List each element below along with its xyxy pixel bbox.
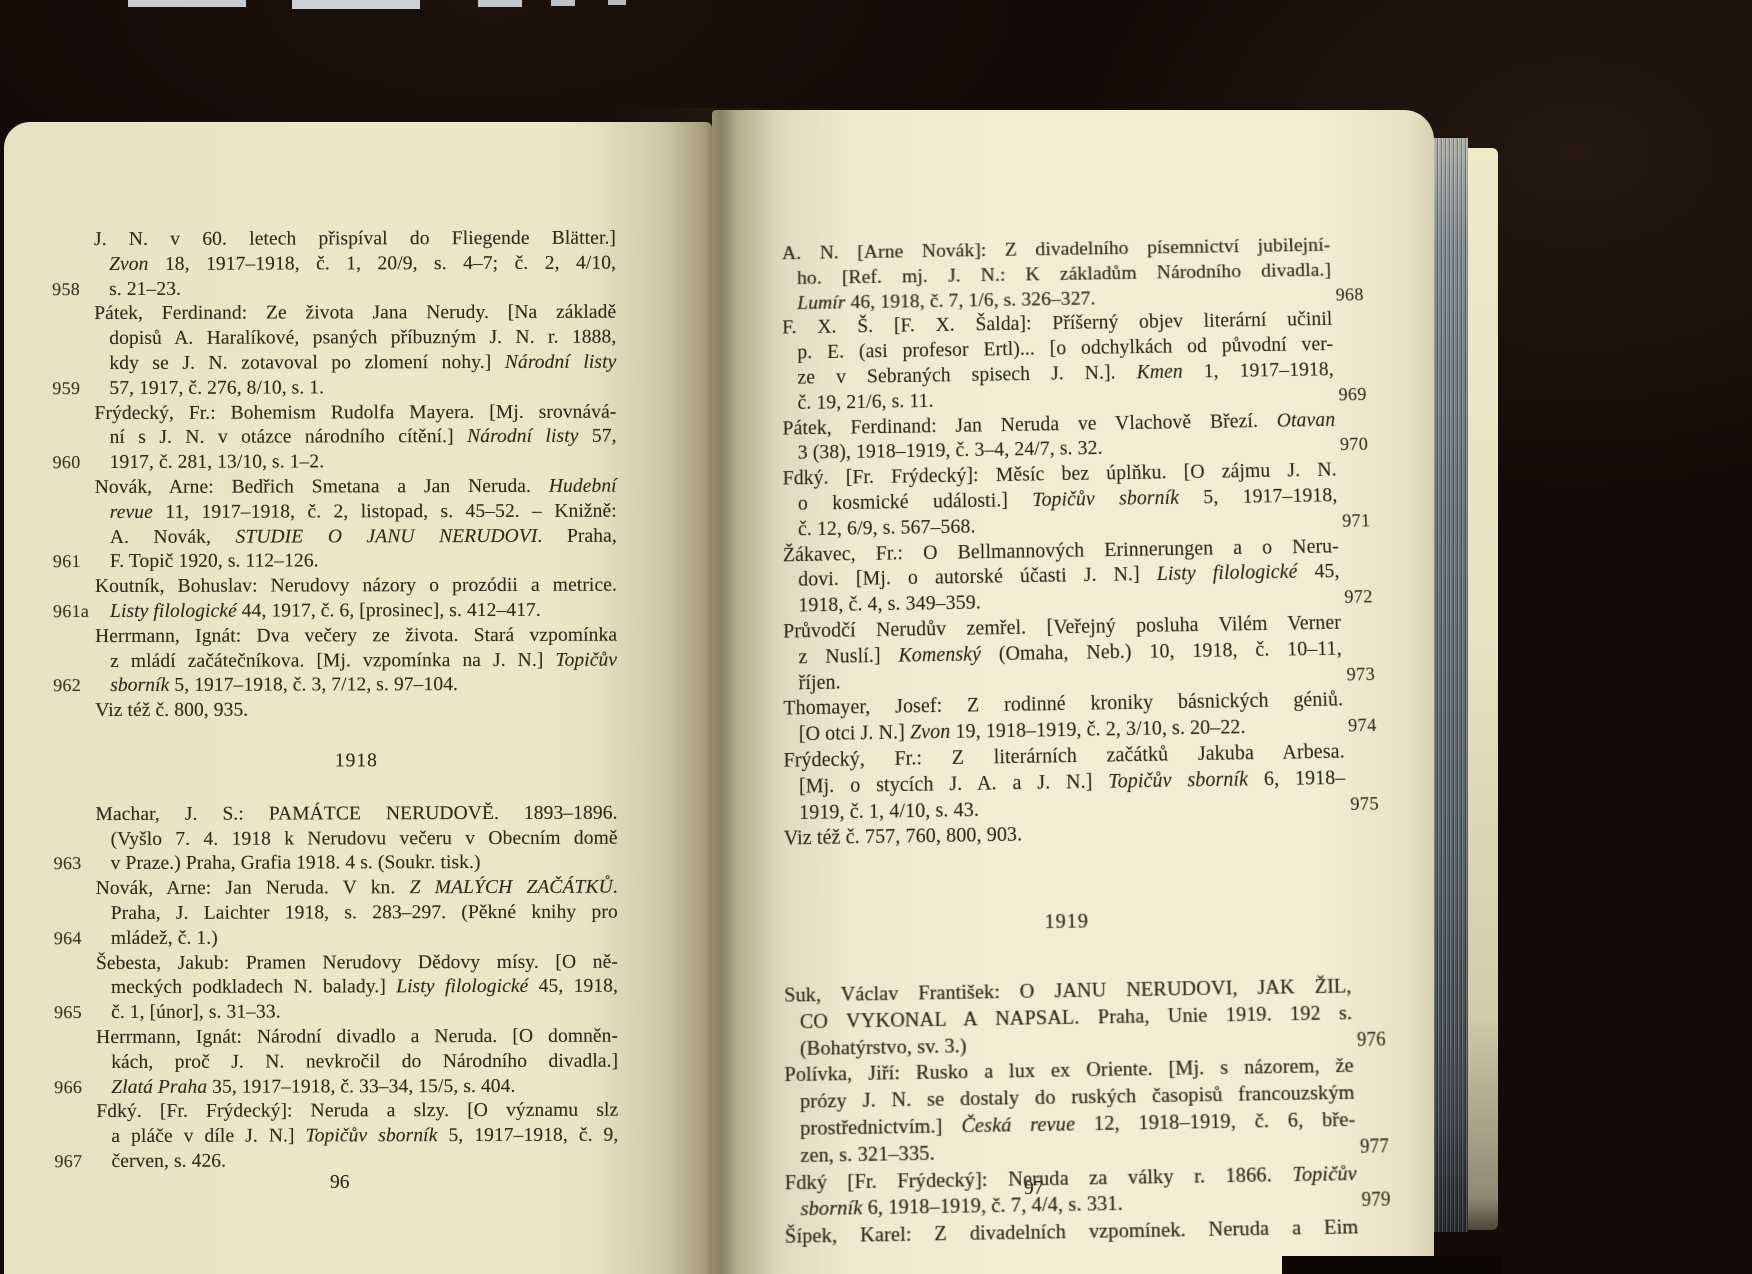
entry-number: 966 bbox=[54, 1075, 94, 1100]
back-cover-edge bbox=[1468, 148, 1498, 1230]
entry-number: 958 bbox=[52, 277, 92, 302]
bibliography-entry: 971Fdký. [Fr. Frýdecký]: Měsíc bez úplňk… bbox=[783, 459, 1339, 544]
entry-number: 963 bbox=[54, 851, 94, 876]
bibliography-entry: 968A. N. [Arne Novák]: Z divadelního pís… bbox=[782, 234, 1332, 317]
entry-line: F. Topič 1920, s. 112–126. bbox=[110, 549, 617, 575]
book-scan: 958J. N. v 60. letech přispíval do Flieg… bbox=[0, 0, 1752, 1274]
entry-line: Fdký. [Fr. Frýdecký]: Neruda a slzy. [O … bbox=[96, 1099, 618, 1125]
bibliography-entry: 963Machar, J. S.: PAMÁTCE NERUDOVĚ. 1893… bbox=[96, 801, 618, 877]
scan-artifact bbox=[478, 0, 522, 7]
entry-line: Frýdecký, Fr.: Bohemism Rudolfa Mayera. … bbox=[94, 400, 616, 426]
entry-number: 961a bbox=[53, 599, 93, 624]
entry-line: ní s J. N. v otázce národního cítění.] N… bbox=[110, 425, 617, 451]
entry-number: 970 bbox=[1340, 431, 1397, 457]
bibliography-entry: 973Průvodčí Nerudův zemřel. [Veřejný pos… bbox=[783, 611, 1343, 697]
entry-number: 960 bbox=[53, 450, 93, 475]
entry-line: Novák, Arne: Jan Neruda. V kn. Z MALÝCH … bbox=[96, 876, 618, 902]
entry-number: 979 bbox=[1361, 1186, 1420, 1214]
bibliography-entry: 960Frýdecký, Fr.: Bohemism Rudolfa Mayer… bbox=[94, 400, 616, 476]
entry-number: 967 bbox=[54, 1149, 94, 1174]
entry-number: 975 bbox=[1350, 790, 1408, 817]
bibliography-entry: 976Suk, Václav František: O JANU NERUDOV… bbox=[784, 974, 1353, 1063]
scan-shadow-corner bbox=[1282, 1256, 1502, 1274]
entry-line: a pláče v díle J. N.] Topičův sborník 5,… bbox=[111, 1124, 618, 1150]
entry-line: kdy se J. N. zotavoval po zlomení nohy.]… bbox=[109, 351, 616, 377]
entry-number: 968 bbox=[1335, 281, 1392, 307]
entry-line: J. N. v 60. letech přispíval do Fliegend… bbox=[94, 227, 616, 253]
entry-line: Viz též č. 800, 935. bbox=[95, 698, 617, 724]
bibliography-entry: 959Pátek, Ferdinand: Ze života Jana Neru… bbox=[94, 301, 616, 402]
entry-line: č. 1, [únor], s. 31–33. bbox=[111, 1000, 618, 1026]
bibliography-entry: 961aKoutník, Bohuslav: Nerudovy názory o… bbox=[95, 574, 617, 625]
entry-line: revue 11, 1917–1918, č. 2, listopad, s. … bbox=[110, 499, 617, 525]
bibliography-entry: 975Frýdecký, Fr.: Z literárních začátků … bbox=[783, 740, 1346, 827]
entry-line: 1917, č. 281, 13/10, s. 1–2. bbox=[110, 450, 617, 476]
entry-number: 965 bbox=[54, 1000, 94, 1025]
page-number-left: 96 bbox=[330, 1172, 350, 1194]
scan-artifact bbox=[128, 0, 246, 7]
year-heading: 1918 bbox=[95, 749, 617, 775]
entry-line: dopisů A. Haralíkové, psaných příbuzným … bbox=[109, 326, 616, 352]
entry-line: v Praze.) Praha, Grafia 1918. 4 s. (Souk… bbox=[111, 851, 618, 877]
entry-line: Herrmann, Ignát: Národní divadlo a Nerud… bbox=[96, 1025, 618, 1051]
page-block-fore-edge bbox=[1434, 138, 1468, 1232]
bibliography-entry: 972Žákavec, Fr.: O Bellmannových Erinner… bbox=[783, 535, 1341, 620]
entry-number: 974 bbox=[1348, 712, 1406, 739]
scan-artifact bbox=[551, 0, 575, 6]
entry-line: z mládí začátečníkova. [Mj. vzpomínka na… bbox=[110, 648, 617, 674]
bibliography-entry: 974Thomayer, Josef: Z rodinné kroniky bá… bbox=[783, 688, 1344, 749]
entry-line: Zvon 18, 1917–1918, č. 1, 20/9, s. 4–7; … bbox=[109, 251, 616, 277]
entry-line: Šebesta, Jakub: Pramen Nerudovy Dědovy m… bbox=[96, 950, 618, 976]
entry-line: Koutník, Bohuslav: Nerudovy názory o pro… bbox=[95, 574, 617, 600]
entry-number: 959 bbox=[52, 376, 92, 401]
bibliography-entry: 966Herrmann, Ignát: Národní divadlo a Ne… bbox=[96, 1025, 618, 1101]
page-text-left: 958J. N. v 60. letech přispíval do Flieg… bbox=[94, 227, 618, 1175]
bibliography-entry: 970Pátek, Ferdinand: Jan Neruda ve Vlach… bbox=[782, 408, 1336, 467]
entry-number: 961 bbox=[53, 549, 93, 574]
entry-line: mládež, č. 1.) bbox=[111, 925, 618, 951]
entry-line: meckých podkladech N. balady.] Listy fil… bbox=[111, 975, 618, 1001]
bibliography-entry: 964Novák, Arne: Jan Neruda. V kn. Z MALÝ… bbox=[96, 876, 618, 952]
entry-line: Praha, J. Laichter 1918, s. 283–297. (Pě… bbox=[111, 901, 618, 927]
entry-line: Novák, Arne: Bedřich Smetana a Jan Nerud… bbox=[95, 475, 617, 501]
entry-line: Pátek, Ferdinand: Ze života Jana Nerudy.… bbox=[94, 301, 616, 327]
entry-line: A. Novák, STUDIE O JANU NERUDOVI. Praha, bbox=[110, 524, 617, 550]
bibliography-entry: 958J. N. v 60. letech přispíval do Flieg… bbox=[94, 227, 616, 303]
cross-reference-note: Viz též č. 800, 935. bbox=[95, 698, 617, 724]
entry-line: Zlatá Praha 35, 1917–1918, č. 33–34, 15/… bbox=[111, 1074, 618, 1100]
entry-line: 57, 1917, č. 276, 8/10, s. 1. bbox=[109, 375, 616, 401]
bibliography-entry: 967Fdký. [Fr. Frýdecký]: Neruda a slzy. … bbox=[96, 1099, 618, 1175]
entry-line: s. 21–23. bbox=[109, 276, 616, 302]
bibliography-entry: 962Herrmann, Ignát: Dva večery ze života… bbox=[95, 623, 617, 699]
entry-line: Machar, J. S.: PAMÁTCE NERUDOVĚ. 1893–18… bbox=[96, 801, 618, 827]
bibliography-entry: 979Fdký [Fr. Frýdecký]: Neruda za války … bbox=[785, 1161, 1358, 1224]
scan-artifact bbox=[292, 0, 420, 9]
bibliography-entry: 977Polívka, Jiří: Rusko a lux ex Oriente… bbox=[784, 1054, 1356, 1170]
page-text-right: 968A. N. [Arne Novák]: Z divadelního pís… bbox=[782, 234, 1359, 1252]
scan-artifact bbox=[608, 0, 626, 5]
entry-line: Herrmann, Ignát: Dva večery ze života. S… bbox=[95, 623, 617, 649]
entry-number: 977 bbox=[1360, 1132, 1419, 1160]
page-number-right: 97 bbox=[1024, 1178, 1044, 1200]
year-heading: 1919 bbox=[784, 905, 1350, 940]
entry-number: 969 bbox=[1338, 381, 1395, 407]
entry-number: 973 bbox=[1346, 660, 1404, 687]
bibliography-entry: 965Šebesta, Jakub: Pramen Nerudovy Dědov… bbox=[96, 950, 618, 1026]
entry-number: 971 bbox=[1342, 507, 1399, 533]
entry-line: (Vyšlo 7. 4. 1918 k Nerudovu večeru v Ob… bbox=[111, 826, 618, 852]
entry-line: kách, proč J. N. nevkročil do Národního … bbox=[111, 1049, 618, 1075]
bibliography-entry: 969F. X. Š. [F. X. Šalda]: Příšerný obje… bbox=[782, 308, 1335, 417]
entry-line: Listy filologické 44, 1917, č. 6, [prosi… bbox=[110, 599, 617, 625]
entry-line: sborník 5, 1917–1918, č. 3, 7/12, s. 97–… bbox=[110, 673, 617, 699]
entry-number: 976 bbox=[1357, 1025, 1416, 1053]
entry-number: 964 bbox=[54, 926, 94, 951]
bibliography-entry: 961Novák, Arne: Bedřich Smetana a Jan Ne… bbox=[95, 475, 617, 576]
entry-number: 962 bbox=[53, 673, 93, 698]
entry-line: červen, s. 426. bbox=[111, 1149, 618, 1175]
entry-number: 972 bbox=[1344, 584, 1402, 610]
